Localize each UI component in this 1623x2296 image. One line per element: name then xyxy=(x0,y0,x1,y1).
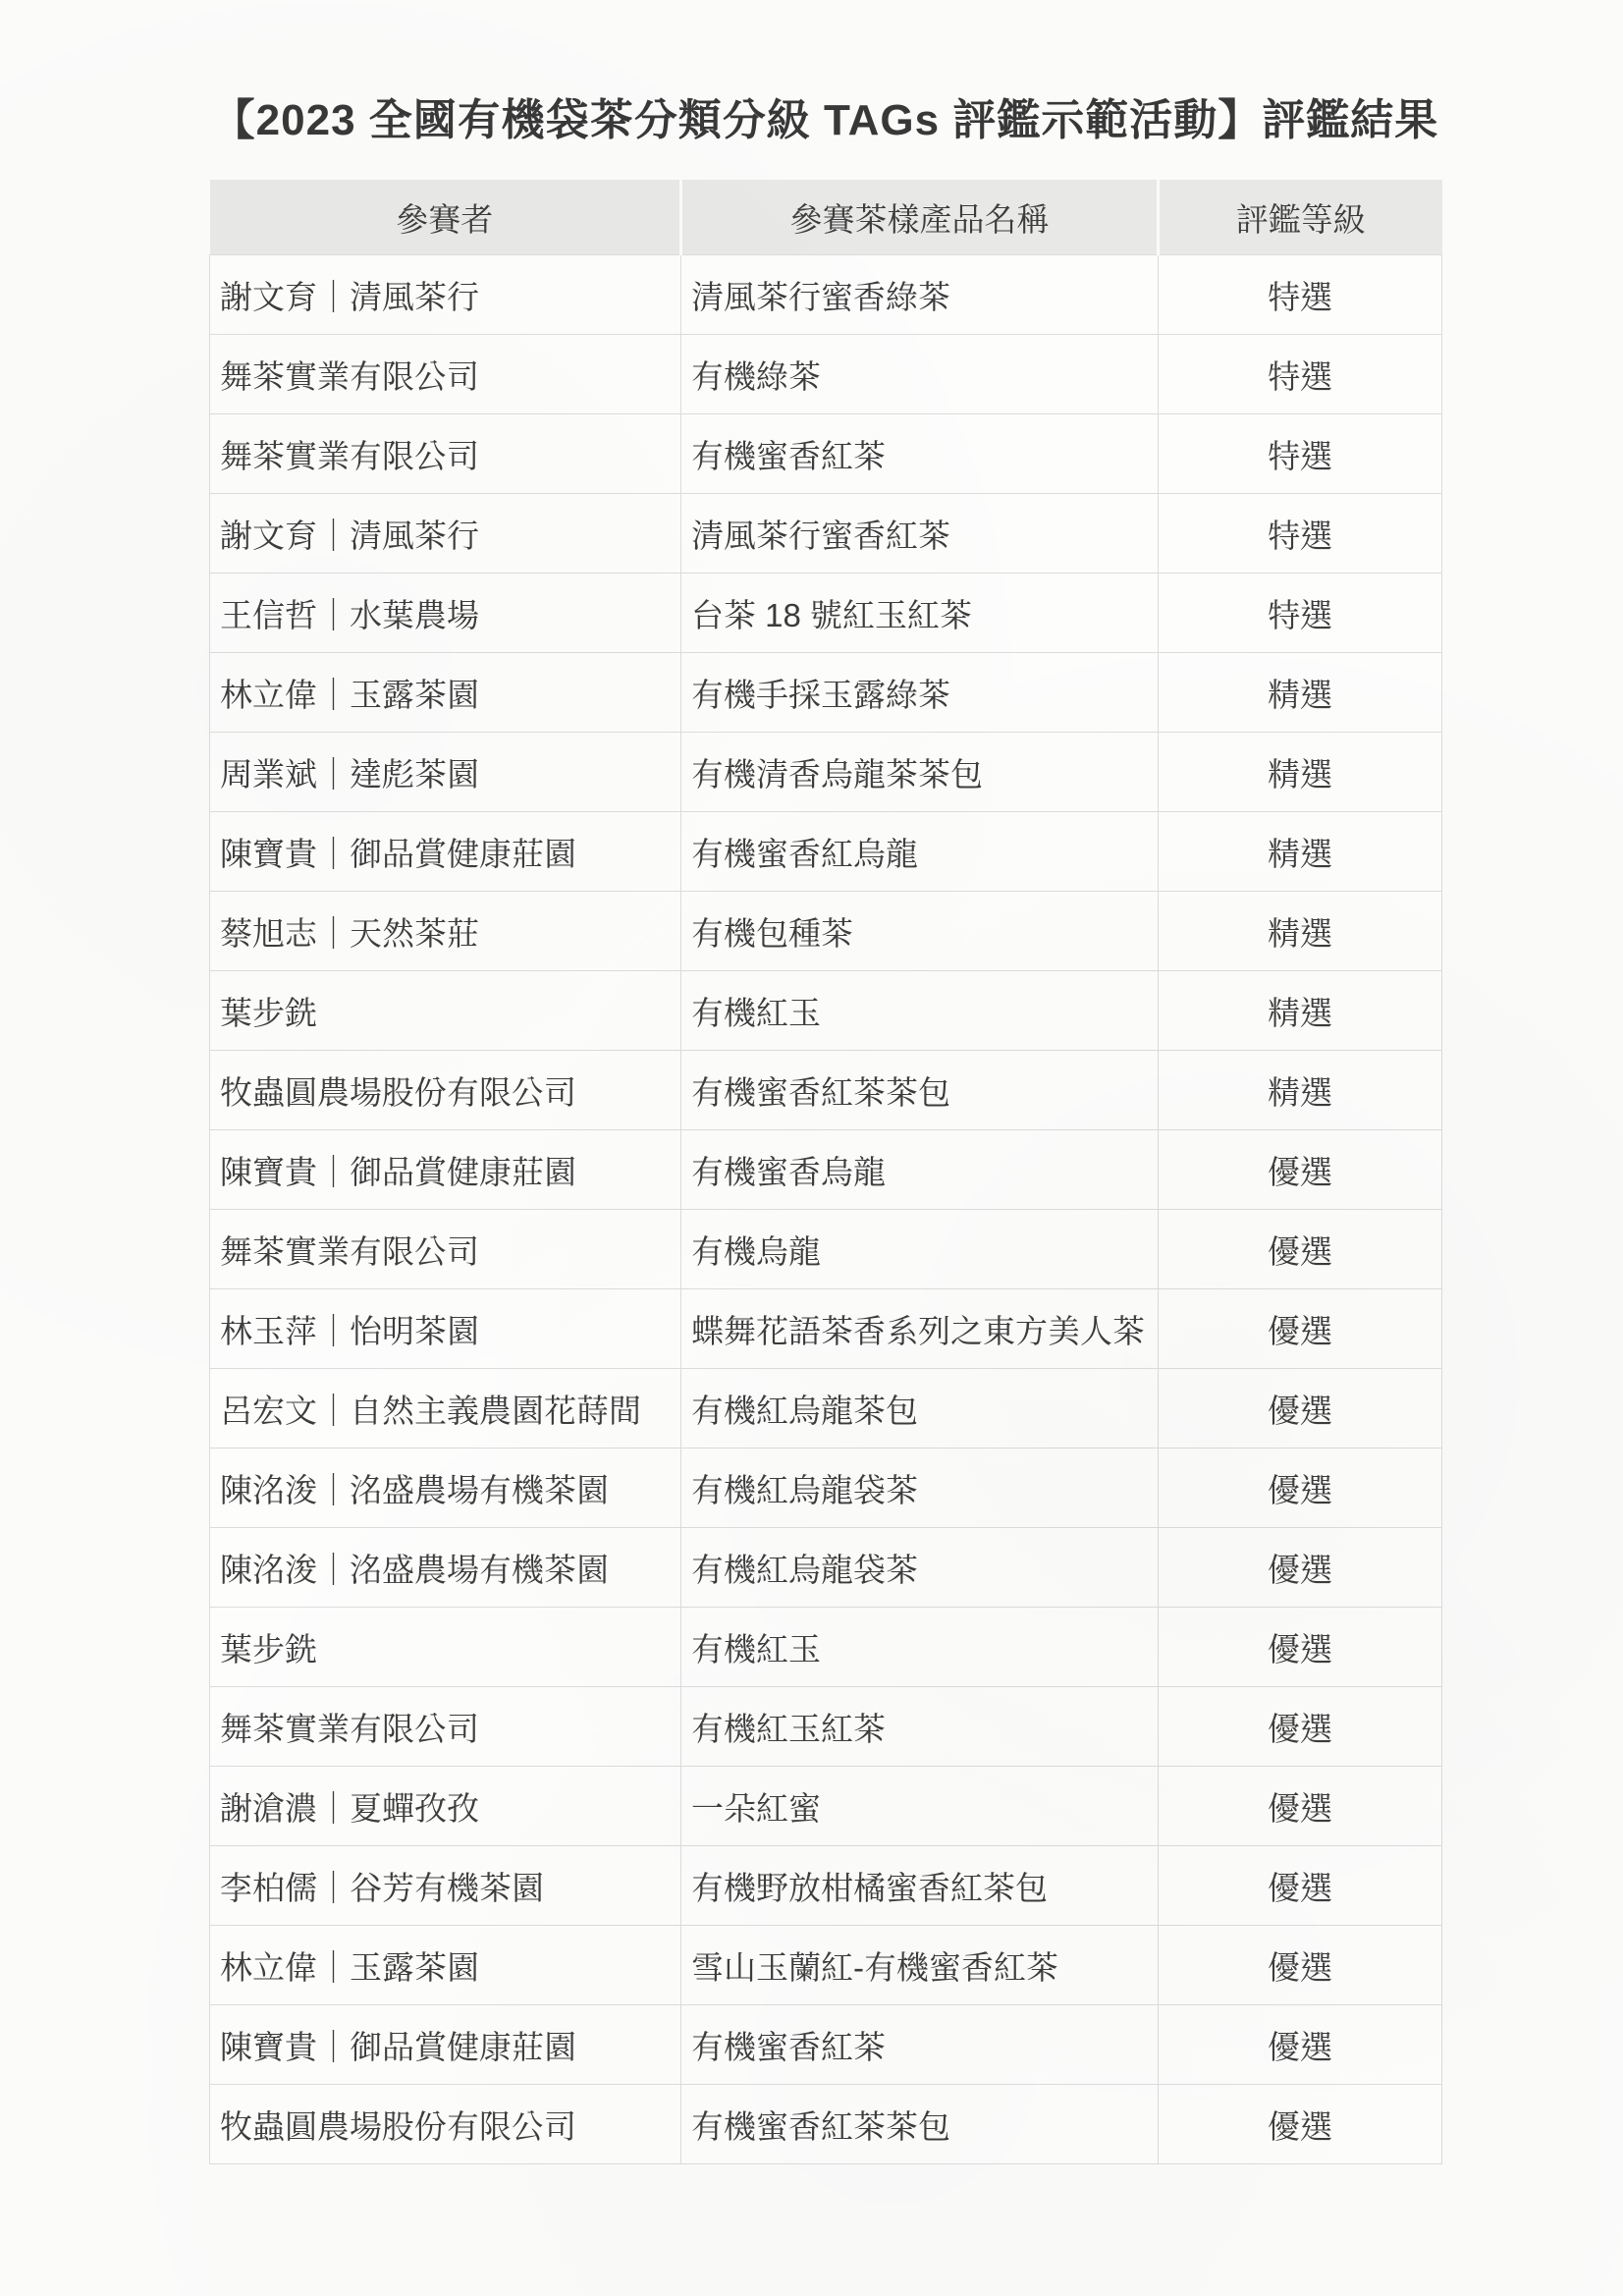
table-row: 舞茶實業有限公司 有機綠茶 特選 xyxy=(210,335,1442,414)
participant-cell: 蔡旭志｜天然茶莊 xyxy=(210,892,681,971)
participant-cell: 陳洺浚｜洺盛農場有機茶園 xyxy=(210,1449,681,1528)
participant-cell: 林立偉｜玉露茶園 xyxy=(210,1926,681,2005)
grade-cell: 優選 xyxy=(1159,1289,1442,1369)
table-row: 謝文育｜清風茶行 清風茶行蜜香紅茶 特選 xyxy=(210,494,1442,574)
participant-cell: 周業斌｜達彪茶園 xyxy=(210,733,681,812)
table-row: 謝滄濃｜夏蟬孜孜 一朵紅蜜 優選 xyxy=(210,1767,1442,1846)
table-row: 李柏儒｜谷芳有機茶園 有機野放柑橘蜜香紅茶包 優選 xyxy=(210,1846,1442,1926)
product-cell: 有機蜜香烏龍 xyxy=(681,1130,1159,1210)
grade-cell: 優選 xyxy=(1159,1528,1442,1608)
participant-cell: 葉步銑 xyxy=(210,971,681,1051)
participant-cell: 舞茶實業有限公司 xyxy=(210,1687,681,1767)
table-row: 陳寶貴｜御品賞健康莊園 有機蜜香紅烏龍 精選 xyxy=(210,812,1442,892)
table-row: 蔡旭志｜天然茶莊 有機包種茶 精選 xyxy=(210,892,1442,971)
grade-cell: 精選 xyxy=(1159,1051,1442,1130)
product-cell: 有機紅玉紅茶 xyxy=(681,1687,1159,1767)
column-header-participant: 參賽者 xyxy=(210,180,681,255)
product-cell: 蝶舞花語茶香系列之東方美人茶 xyxy=(681,1289,1159,1369)
product-cell: 有機紅玉 xyxy=(681,1608,1159,1687)
product-cell: 有機紅烏龍袋茶 xyxy=(681,1449,1159,1528)
participant-cell: 葉步銑 xyxy=(210,1608,681,1687)
participant-cell: 舞茶實業有限公司 xyxy=(210,335,681,414)
product-cell: 清風茶行蜜香紅茶 xyxy=(681,494,1159,574)
product-cell: 有機蜜香紅烏龍 xyxy=(681,812,1159,892)
grade-cell: 特選 xyxy=(1159,255,1442,335)
results-table-body: 謝文育｜清風茶行 清風茶行蜜香綠茶 特選 舞茶實業有限公司 有機綠茶 特選 舞茶… xyxy=(210,255,1442,2164)
table-row: 牧蟲圓農場股份有限公司 有機蜜香紅茶茶包 優選 xyxy=(210,2085,1442,2164)
product-cell: 有機紅烏龍茶包 xyxy=(681,1369,1159,1449)
product-cell: 有機野放柑橘蜜香紅茶包 xyxy=(681,1846,1159,1926)
grade-cell: 精選 xyxy=(1159,971,1442,1051)
product-cell: 有機蜜香紅茶茶包 xyxy=(681,1051,1159,1130)
results-table-header: 參賽者 參賽茶樣產品名稱 評鑑等級 xyxy=(210,180,1442,255)
table-row: 葉步銑 有機紅玉 精選 xyxy=(210,971,1442,1051)
product-cell: 一朵紅蜜 xyxy=(681,1767,1159,1846)
product-cell: 有機烏龍 xyxy=(681,1210,1159,1289)
participant-cell: 林立偉｜玉露茶園 xyxy=(210,653,681,733)
product-cell: 有機手採玉露綠茶 xyxy=(681,653,1159,733)
product-cell: 有機包種茶 xyxy=(681,892,1159,971)
grade-cell: 特選 xyxy=(1159,335,1442,414)
grade-cell: 特選 xyxy=(1159,574,1442,653)
table-row: 周業斌｜達彪茶園 有機清香烏龍茶茶包 精選 xyxy=(210,733,1442,812)
table-row: 舞茶實業有限公司 有機紅玉紅茶 優選 xyxy=(210,1687,1442,1767)
table-row: 王信哲｜水葉農場 台茶 18 號紅玉紅茶 特選 xyxy=(210,574,1442,653)
product-cell: 有機綠茶 xyxy=(681,335,1159,414)
participant-cell: 陳洺浚｜洺盛農場有機茶園 xyxy=(210,1528,681,1608)
table-row: 陳寶貴｜御品賞健康莊園 有機蜜香烏龍 優選 xyxy=(210,1130,1442,1210)
table-row: 林立偉｜玉露茶園 雪山玉蘭紅-有機蜜香紅茶 優選 xyxy=(210,1926,1442,2005)
participant-cell: 謝滄濃｜夏蟬孜孜 xyxy=(210,1767,681,1846)
product-cell: 台茶 18 號紅玉紅茶 xyxy=(681,574,1159,653)
product-cell: 有機蜜香紅茶 xyxy=(681,2005,1159,2085)
grade-cell: 優選 xyxy=(1159,1687,1442,1767)
product-cell: 有機蜜香紅茶茶包 xyxy=(681,2085,1159,2164)
grade-cell: 特選 xyxy=(1159,494,1442,574)
grade-cell: 精選 xyxy=(1159,733,1442,812)
participant-cell: 舞茶實業有限公司 xyxy=(210,414,681,494)
grade-cell: 優選 xyxy=(1159,1926,1442,2005)
product-cell: 雪山玉蘭紅-有機蜜香紅茶 xyxy=(681,1926,1159,2005)
participant-cell: 牧蟲圓農場股份有限公司 xyxy=(210,1051,681,1130)
grade-cell: 精選 xyxy=(1159,812,1442,892)
grade-cell: 特選 xyxy=(1159,414,1442,494)
product-cell: 有機紅玉 xyxy=(681,971,1159,1051)
participant-cell: 舞茶實業有限公司 xyxy=(210,1210,681,1289)
participant-cell: 陳寶貴｜御品賞健康莊園 xyxy=(210,812,681,892)
page-title: 【2023 全國有機袋茶分類分級 TAGs 評鑑示範活動】評鑑結果 xyxy=(209,84,1441,147)
participant-cell: 謝文育｜清風茶行 xyxy=(210,255,681,335)
grade-cell: 優選 xyxy=(1159,1767,1442,1846)
participant-cell: 謝文育｜清風茶行 xyxy=(210,494,681,574)
table-row: 謝文育｜清風茶行 清風茶行蜜香綠茶 特選 xyxy=(210,255,1442,335)
grade-cell: 優選 xyxy=(1159,1846,1442,1926)
grade-cell: 優選 xyxy=(1159,1449,1442,1528)
results-table: 參賽者 參賽茶樣產品名稱 評鑑等級 謝文育｜清風茶行 清風茶行蜜香綠茶 特選 舞… xyxy=(209,180,1442,2164)
product-cell: 有機蜜香紅茶 xyxy=(681,414,1159,494)
table-row: 林玉萍｜怡明茶園 蝶舞花語茶香系列之東方美人茶 優選 xyxy=(210,1289,1442,1369)
grade-cell: 優選 xyxy=(1159,1369,1442,1449)
table-row: 牧蟲圓農場股份有限公司 有機蜜香紅茶茶包 精選 xyxy=(210,1051,1442,1130)
product-cell: 有機清香烏龍茶茶包 xyxy=(681,733,1159,812)
grade-cell: 優選 xyxy=(1159,1608,1442,1687)
participant-cell: 陳寶貴｜御品賞健康莊園 xyxy=(210,2005,681,2085)
participant-cell: 李柏儒｜谷芳有機茶園 xyxy=(210,1846,681,1926)
table-row: 呂宏文｜自然主義農園花蒔間 有機紅烏龍茶包 優選 xyxy=(210,1369,1442,1449)
table-row: 陳洺浚｜洺盛農場有機茶園 有機紅烏龍袋茶 優選 xyxy=(210,1528,1442,1608)
grade-cell: 精選 xyxy=(1159,892,1442,971)
participant-cell: 王信哲｜水葉農場 xyxy=(210,574,681,653)
grade-cell: 優選 xyxy=(1159,1210,1442,1289)
grade-cell: 優選 xyxy=(1159,1130,1442,1210)
table-row: 舞茶實業有限公司 有機烏龍 優選 xyxy=(210,1210,1442,1289)
grade-cell: 優選 xyxy=(1159,2085,1442,2164)
participant-cell: 陳寶貴｜御品賞健康莊園 xyxy=(210,1130,681,1210)
product-cell: 清風茶行蜜香綠茶 xyxy=(681,255,1159,335)
header-row: 參賽者 參賽茶樣產品名稱 評鑑等級 xyxy=(210,180,1442,255)
table-row: 陳寶貴｜御品賞健康莊園 有機蜜香紅茶 優選 xyxy=(210,2005,1442,2085)
table-row: 舞茶實業有限公司 有機蜜香紅茶 特選 xyxy=(210,414,1442,494)
grade-cell: 精選 xyxy=(1159,653,1442,733)
table-row: 陳洺浚｜洺盛農場有機茶園 有機紅烏龍袋茶 優選 xyxy=(210,1449,1442,1528)
table-row: 林立偉｜玉露茶園 有機手採玉露綠茶 精選 xyxy=(210,653,1442,733)
column-header-grade: 評鑑等級 xyxy=(1159,180,1442,255)
participant-cell: 牧蟲圓農場股份有限公司 xyxy=(210,2085,681,2164)
product-cell: 有機紅烏龍袋茶 xyxy=(681,1528,1159,1608)
scanned-page: 【2023 全國有機袋茶分類分級 TAGs 評鑑示範活動】評鑑結果 參賽者 參賽… xyxy=(0,0,1623,2296)
column-header-product: 參賽茶樣產品名稱 xyxy=(681,180,1159,255)
participant-cell: 林玉萍｜怡明茶園 xyxy=(210,1289,681,1369)
table-row: 葉步銑 有機紅玉 優選 xyxy=(210,1608,1442,1687)
grade-cell: 優選 xyxy=(1159,2005,1442,2085)
participant-cell: 呂宏文｜自然主義農園花蒔間 xyxy=(210,1369,681,1449)
